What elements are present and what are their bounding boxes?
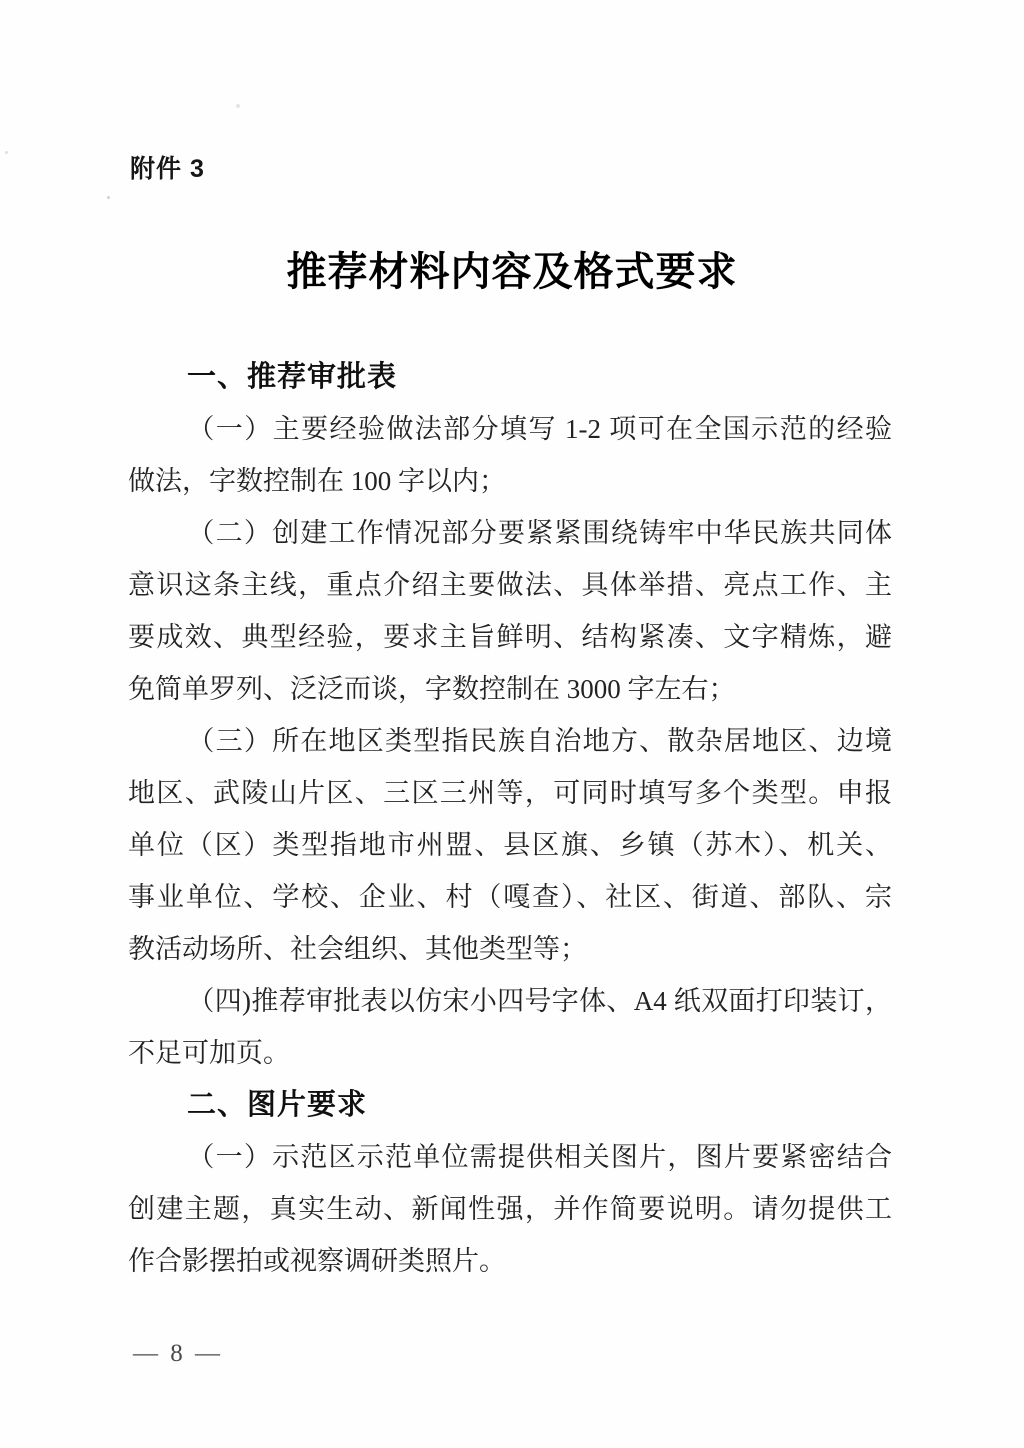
text-line: 教活动场所、社会组织、其他类型等； — [128, 923, 892, 975]
paragraph-1-2: （二）创建工作情况部分要紧紧围绕铸牢中华民族共同体意识这条主线，重点介绍主要做法… — [128, 507, 892, 715]
text-line: 作合影摆拍或视察调研类照片。 — [128, 1235, 892, 1287]
page-number: — 8 — — [133, 1340, 223, 1368]
text-line: 不足可加页。 — [128, 1027, 892, 1079]
paragraph-1-3: （三）所在地区类型指民族自治地方、散杂居地区、边境地区、武陵山片区、三区三州等，… — [128, 715, 892, 975]
paragraph-1-1: （一）主要经验做法部分填写 1-2 项可在全国示范的经验做法，字数控制在 100… — [128, 403, 892, 507]
text-line: 事业单位、学校、企业、村（嘎查）、社区、街道、部队、宗 — [128, 871, 892, 923]
text-line: 意识这条主线，重点介绍主要做法、具体举措、亮点工作、主 — [128, 559, 892, 611]
section-recommendation-form: 一、推荐审批表 （一）主要经验做法部分填写 1-2 项可在全国示范的经验做法，字… — [128, 351, 892, 1079]
text-line: 免简单罗列、泛泛而谈，字数控制在 3000 字左右； — [128, 663, 892, 715]
text-line: 创建主题，真实生动、新闻性强，并作简要说明。请勿提供工 — [128, 1183, 892, 1235]
section-image-requirements: 二、图片要求 （一）示范区示范单位需提供相关图片，图片要紧密结合创建主题，真实生… — [128, 1079, 892, 1287]
text-line: 地区、武陵山片区、三区三州等，可同时填写多个类型。申报 — [128, 767, 892, 819]
attachment-label: 附件 3 — [130, 149, 205, 185]
text-line: 要成效、典型经验，要求主旨鲜明、结构紧凑、文字精炼，避 — [128, 611, 892, 663]
text-line: （一）主要经验做法部分填写 1-2 项可在全国示范的经验 — [128, 403, 892, 455]
document-title: 推荐材料内容及格式要求 — [0, 240, 1024, 297]
text-line: （四)推荐审批表以仿宋小四号字体、A4 纸双面打印装订， — [128, 975, 892, 1027]
paragraph-1-4: （四)推荐审批表以仿宋小四号字体、A4 纸双面打印装订，不足可加页。 — [128, 975, 892, 1079]
paragraph-2-1: （一）示范区示范单位需提供相关图片，图片要紧密结合创建主题，真实生动、新闻性强，… — [128, 1131, 892, 1287]
scan-speck — [5, 151, 8, 154]
document-body: 一、推荐审批表 （一）主要经验做法部分填写 1-2 项可在全国示范的经验做法，字… — [128, 351, 892, 1287]
section-heading-recommendation-form: 一、推荐审批表 — [128, 351, 892, 403]
text-line: 做法，字数控制在 100 字以内； — [128, 455, 892, 507]
scan-speck — [236, 104, 240, 108]
text-line: （二）创建工作情况部分要紧紧围绕铸牢中华民族共同体 — [128, 507, 892, 559]
section-heading-image-requirements: 二、图片要求 — [128, 1079, 892, 1131]
document-page: 附件 3 推荐材料内容及格式要求 一、推荐审批表 （一）主要经验做法部分填写 1… — [0, 0, 1024, 1448]
text-line: （一）示范区示范单位需提供相关图片，图片要紧密结合 — [128, 1131, 892, 1183]
text-line: 单位（区）类型指地市州盟、县区旗、乡镇（苏木）、机关、 — [128, 819, 892, 871]
text-line: （三）所在地区类型指民族自治地方、散杂居地区、边境 — [128, 715, 892, 767]
scan-speck — [107, 196, 110, 199]
